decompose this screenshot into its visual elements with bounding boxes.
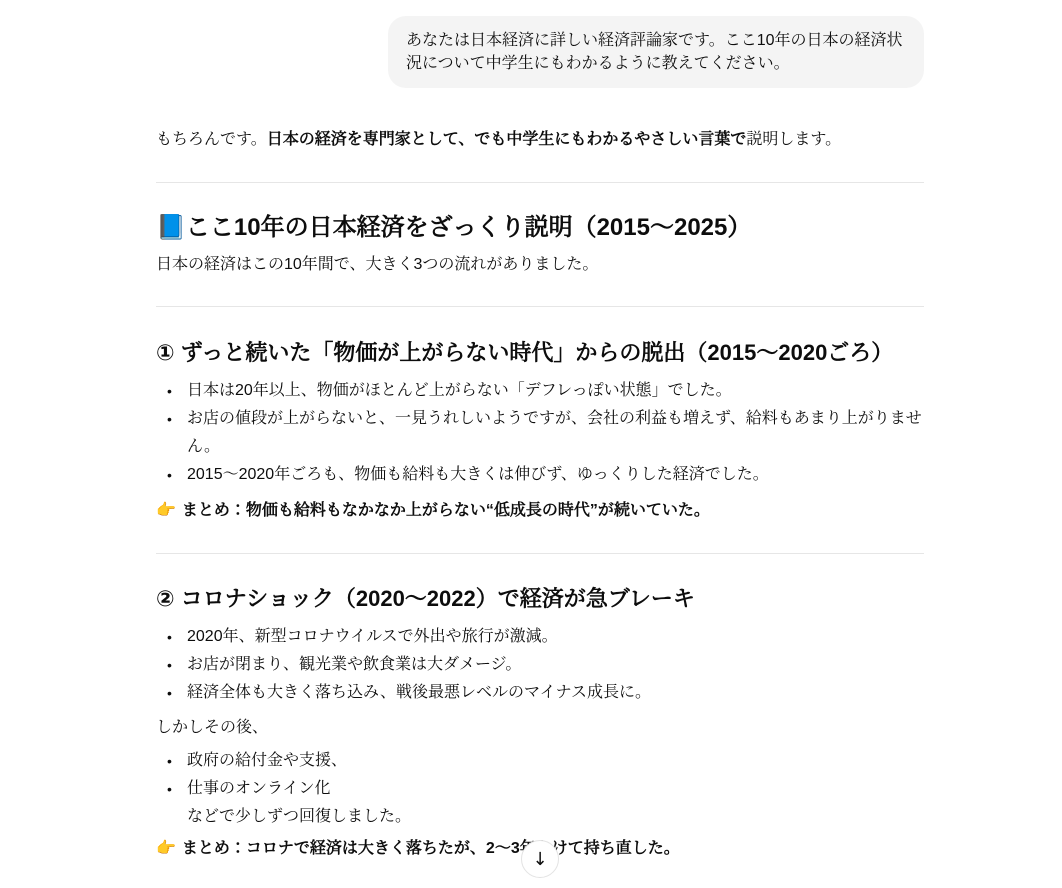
intro-pre: もちろんです。	[156, 131, 267, 148]
recovery-bullet-list: 政府の給付金や支援、 仕事のオンライン化などで少しずつ回復しました。	[156, 747, 924, 831]
section2-bullet-list: 2020年、新型コロナウイルスで外出や旅行が激減。 お店が閉まり、観光業や飲食業…	[156, 623, 924, 707]
overview-heading: 📘ここ10年の日本経済をざっくり説明（2015〜2025）	[156, 212, 924, 244]
list-item: お店の値段が上がらないと、一見うれしいようですが、会社の利益も増えず、給料もあま…	[187, 405, 924, 461]
recovery-intro: しかしその後、	[156, 714, 924, 742]
scroll-to-bottom-button[interactable]: ↓	[521, 840, 559, 878]
section1-bullet-list: 日本は20年以上、物価がほとんど上がらない「デフレっぽい状態」でした。 お店の値…	[156, 377, 924, 489]
conversation-column: あなたは日本経済に詳しい経済評論家です。ここ10年の日本の経済状況について中学生…	[156, 16, 924, 863]
assistant-intro: もちろんです。日本の経済を専門家として、でも中学生にもわかるやさしい言葉で説明し…	[156, 126, 924, 154]
list-item: 2015〜2020年ごろも、物価も給料も大きくは伸びず、ゆっくりした経済でした。	[187, 461, 924, 489]
chat-page: あなたは日本経済に詳しい経済評論家です。ここ10年の日本の経済状況について中学生…	[0, 0, 1062, 888]
list-item-text: 仕事のオンライン化	[187, 780, 331, 797]
arrow-down-icon: ↓	[532, 849, 547, 870]
blue-book-icon: 📘	[156, 214, 186, 241]
section2-summary-text: まとめ：コロナで経済は大きく落ちたが、2〜3年かけて持ち直した。	[182, 840, 680, 857]
overview-heading-text: ここ10年の日本経済をざっくり説明（2015〜2025）	[186, 214, 751, 241]
point-right-icon: 👉	[156, 840, 176, 857]
section1-heading: ① ずっと続いた「物価が上がらない時代」からの脱出（2015〜2020ごろ）	[156, 337, 924, 369]
section1-summary: 👉まとめ：物価も給料もなかなか上がらない“低成長の時代”が続いていた。	[156, 497, 924, 525]
recovery-tail: などで少しずつ回復しました。	[187, 803, 924, 831]
user-message-text: あなたは日本経済に詳しい経済評論家です。ここ10年の日本の経済状況について中学生…	[406, 32, 903, 72]
user-message-bubble: あなたは日本経済に詳しい経済評論家です。ここ10年の日本の経済状況について中学生…	[388, 16, 924, 88]
section-divider	[156, 182, 924, 183]
point-right-icon: 👉	[156, 502, 176, 519]
overview-lede: 日本の経済はこの10年間で、大きく3つの流れがありました。	[156, 251, 924, 279]
intro-post: 説明します。	[746, 131, 841, 148]
assistant-message: もちろんです。日本の経済を専門家として、でも中学生にもわかるやさしい言葉で説明し…	[156, 126, 924, 863]
section1-summary-text: まとめ：物価も給料もなかなか上がらない“低成長の時代”が続いていた。	[182, 502, 710, 519]
list-item: 政府の給付金や支援、	[187, 747, 924, 775]
intro-bold: 日本の経済を専門家として、でも中学生にもわかるやさしい言葉で	[267, 131, 747, 148]
section-divider	[156, 553, 924, 554]
section2-heading: ② コロナショック（2020〜2022）で経済が急ブレーキ	[156, 583, 924, 615]
user-message-row: あなたは日本経済に詳しい経済評論家です。ここ10年の日本の経済状況について中学生…	[156, 16, 924, 88]
list-item: 仕事のオンライン化などで少しずつ回復しました。	[187, 775, 924, 831]
list-item: 日本は20年以上、物価がほとんど上がらない「デフレっぽい状態」でした。	[187, 377, 924, 405]
section-divider	[156, 306, 924, 307]
list-item: 2020年、新型コロナウイルスで外出や旅行が激減。	[187, 623, 924, 651]
list-item: 経済全体も大きく落ち込み、戦後最悪レベルのマイナス成長に。	[187, 679, 924, 707]
list-item: お店が閉まり、観光業や飲食業は大ダメージ。	[187, 651, 924, 679]
